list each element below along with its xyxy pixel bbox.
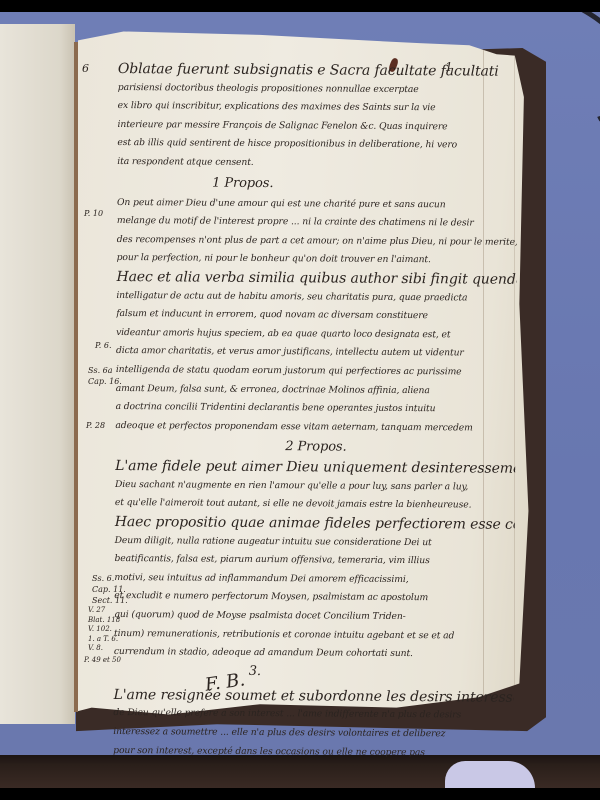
margin-note: P. 49 et 50	[84, 655, 121, 666]
margin-ref: P. 10	[84, 208, 103, 219]
manuscript-text: Oblatae fuerunt subsignatis e Sacra facu…	[113, 60, 518, 763]
french-line: melange du motif de l'interest propre ..…	[117, 212, 517, 233]
intro-line: ita respondent atque censent.	[117, 153, 517, 174]
book-spine	[74, 42, 78, 712]
margin-note: Ss. 6a Cap. 16.	[88, 365, 122, 387]
section-heading-2: 2 Propos.	[115, 435, 515, 460]
latin-line: a doctrina concilii Tridentini declarant…	[116, 398, 516, 419]
margin-note: Ss. 6. Cap. 11. Sect. 11.	[92, 573, 128, 606]
latin-line: qui (quorum) quod de Moyse psalmista doc…	[114, 606, 514, 627]
latin-line: intelligenda de statu quodam eorum justo…	[116, 361, 516, 382]
intro-line: ex libro qui inscribitur, explications d…	[118, 97, 518, 118]
latin-line: falsum et inducunt in errorem, quod nova…	[116, 305, 516, 326]
french-line: interessez a soumettre ... elle n'a plus…	[113, 723, 513, 744]
intro-line: Oblatae fuerunt subsignatis e Sacra facu…	[118, 60, 518, 81]
latin-line: adeoque et perfectos proponendam esse vi…	[115, 417, 515, 438]
section-heading-3: 3.	[114, 662, 514, 683]
margin-ref: P. 28	[86, 420, 105, 431]
section-heading-1: 1 Propos.	[117, 172, 517, 197]
margin-note: P. 6.	[95, 340, 111, 351]
left-page	[0, 24, 75, 724]
folio-number-left: 6	[82, 62, 89, 75]
cloth	[445, 761, 535, 788]
latin-line: currendum in stadio, adeoque ad amandum …	[114, 643, 514, 664]
margin-note: V. 27 Blat. 118 V. 102. 1. a T. 6. V. 8.	[88, 606, 120, 654]
french-line: pour son interest, excepté dans les occa…	[113, 742, 513, 763]
latin-line: Haec et alia verba similia quibus author…	[116, 268, 516, 289]
latin-line: Haec propositio quae animae fideles perf…	[115, 513, 515, 534]
